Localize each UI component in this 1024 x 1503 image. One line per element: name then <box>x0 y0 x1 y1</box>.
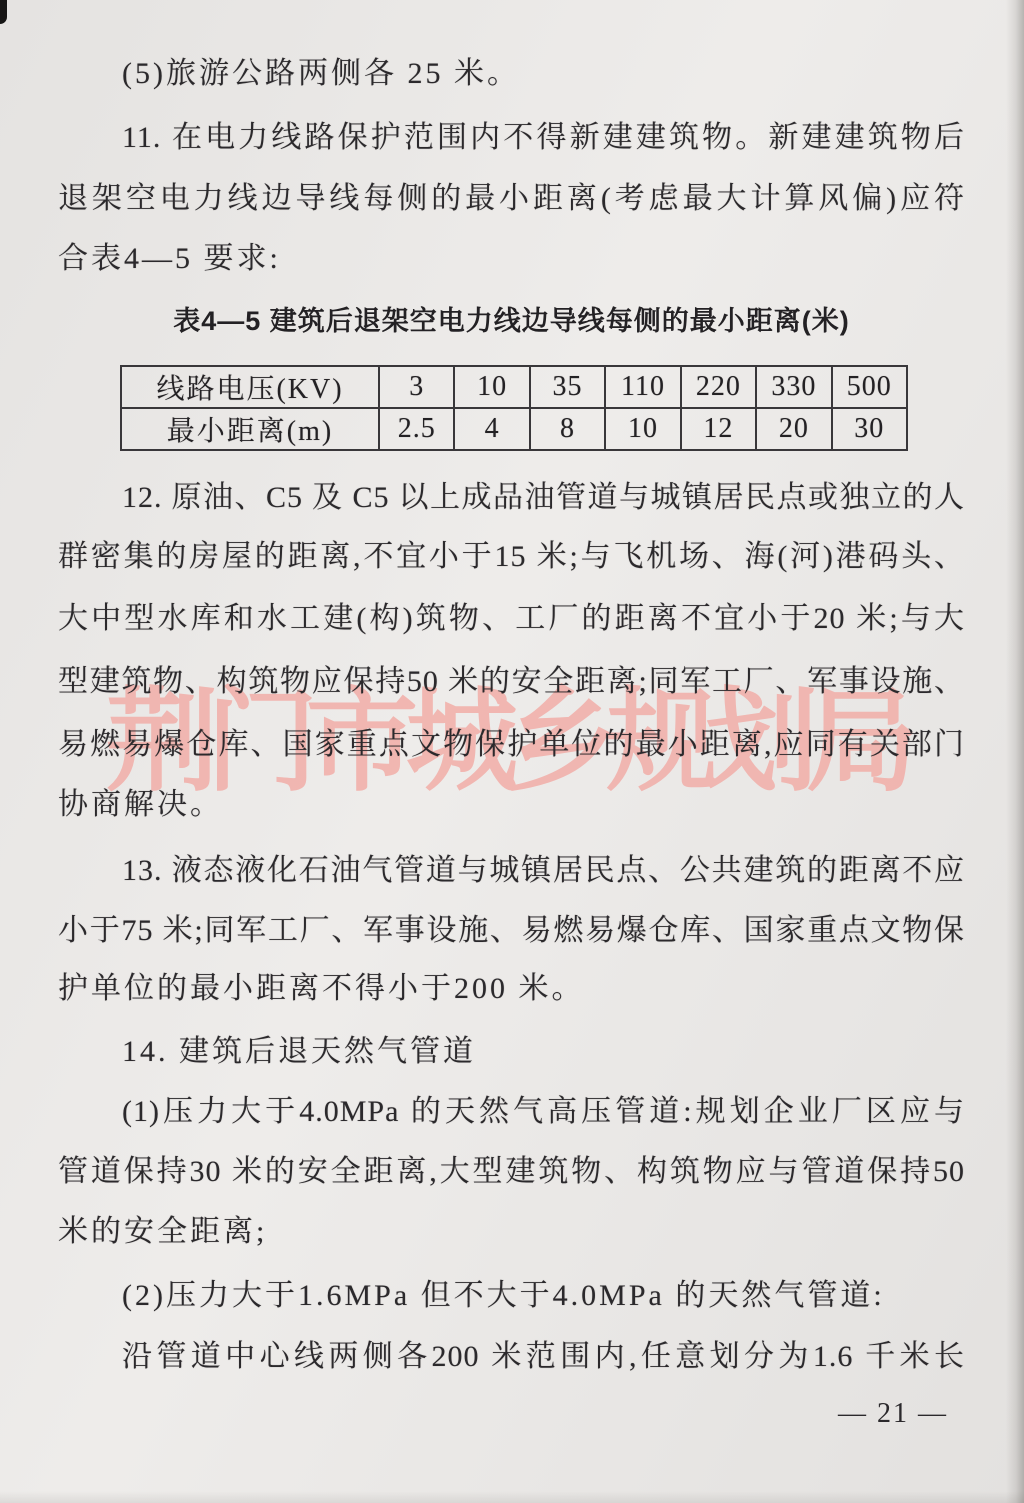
row-header-cell: 最小距离(m) <box>121 408 379 450</box>
text-line-1: (5)旅游公路两侧各 25 米。 <box>58 56 965 92</box>
scan-artifact-top-left <box>0 0 7 24</box>
scan-shadow-bottom-edge <box>0 1491 1024 1503</box>
text-line-15: (1)压力大于4.0MPa 的天然气高压管道:规划企业厂区应与 <box>58 1094 965 1130</box>
text-line-10: 协商解决。 <box>58 787 965 823</box>
value-cell: 3 <box>379 366 454 408</box>
value-cell: 10 <box>454 366 529 408</box>
table-row-1: 线路电压(KV)31035110220330500 <box>121 366 907 408</box>
text-line-14: 14. 建筑后退天然气管道 <box>58 1034 965 1070</box>
value-cell: 10 <box>605 408 680 450</box>
table-title: 表4—5 建筑后退架空电力线边导线每侧的最小距离(米) <box>58 304 965 338</box>
text-line-2: 11. 在电力线路保护范围内不得新建建筑物。新建建筑物后 <box>58 120 965 156</box>
value-cell: 8 <box>530 408 605 450</box>
value-cell: 2.5 <box>379 408 454 450</box>
page-number: — 21 — <box>58 1398 948 1430</box>
text-line-16: 管道保持30 米的安全距离,大型建筑物、构筑物应与管道保持50 <box>58 1154 965 1190</box>
text-line-3: 退架空电力线边导线每侧的最小距离(考虑最大计算风偏)应符 <box>58 181 965 217</box>
text-line-12: 小于75 米;同军工厂、军事设施、易燃易爆仓库、国家重点文物保 <box>58 913 965 949</box>
text-line-19: 沿管道中心线两侧各200 米范围内,任意划分为1.6 千米长 <box>58 1339 965 1375</box>
scanned-document-page: 荆门市城乡规划局 (5)旅游公路两侧各 25 米。11. 在电力线路保护范围内不… <box>0 0 1024 1503</box>
value-cell: 4 <box>454 408 529 450</box>
text-line-5: 12. 原油、C5 及 C5 以上成品油管道与城镇居民点或独立的人 <box>58 480 965 516</box>
min-distance-table: 线路电压(KV)31035110220330500最小距离(m)2.548101… <box>120 365 908 451</box>
value-cell: 35 <box>530 366 605 408</box>
text-line-7: 大中型水库和水工建(构)筑物、工厂的距离不宜小于20 米;与大 <box>58 601 965 637</box>
value-cell: 20 <box>756 408 831 450</box>
value-cell: 330 <box>756 366 831 408</box>
text-line-9: 易燃易爆仓库、国家重点文物保护单位的最小距离,应同有关部门 <box>58 727 965 763</box>
value-cell: 220 <box>681 366 756 408</box>
row-header-cell: 线路电压(KV) <box>121 366 379 408</box>
text-line-8: 型建筑物、构筑物应保持50 米的安全距离;同军工厂、军事设施、 <box>58 664 965 700</box>
text-line-17: 米的安全距离; <box>58 1214 965 1250</box>
text-line-11: 13. 液态液化石油气管道与城镇居民点、公共建筑的距离不应 <box>58 853 965 889</box>
value-cell: 12 <box>681 408 756 450</box>
text-line-13: 护单位的最小距离不得小于200 米。 <box>58 971 965 1007</box>
table-row-2: 最小距离(m)2.54810122030 <box>121 408 907 450</box>
text-line-18: (2)压力大于1.6MPa 但不大于4.0MPa 的天然气管道: <box>58 1278 965 1314</box>
scan-shadow-right-edge <box>1006 0 1024 1503</box>
text-line-6: 群密集的房屋的距离,不宜小于15 米;与飞机场、海(河)港码头、 <box>58 539 965 575</box>
value-cell: 30 <box>832 408 907 450</box>
value-cell: 500 <box>832 366 907 408</box>
document-content: (5)旅游公路两侧各 25 米。11. 在电力线路保护范围内不得新建建筑物。新建… <box>0 0 1024 1503</box>
value-cell: 110 <box>605 366 680 408</box>
text-line-4: 合表4—5 要求: <box>58 241 965 277</box>
